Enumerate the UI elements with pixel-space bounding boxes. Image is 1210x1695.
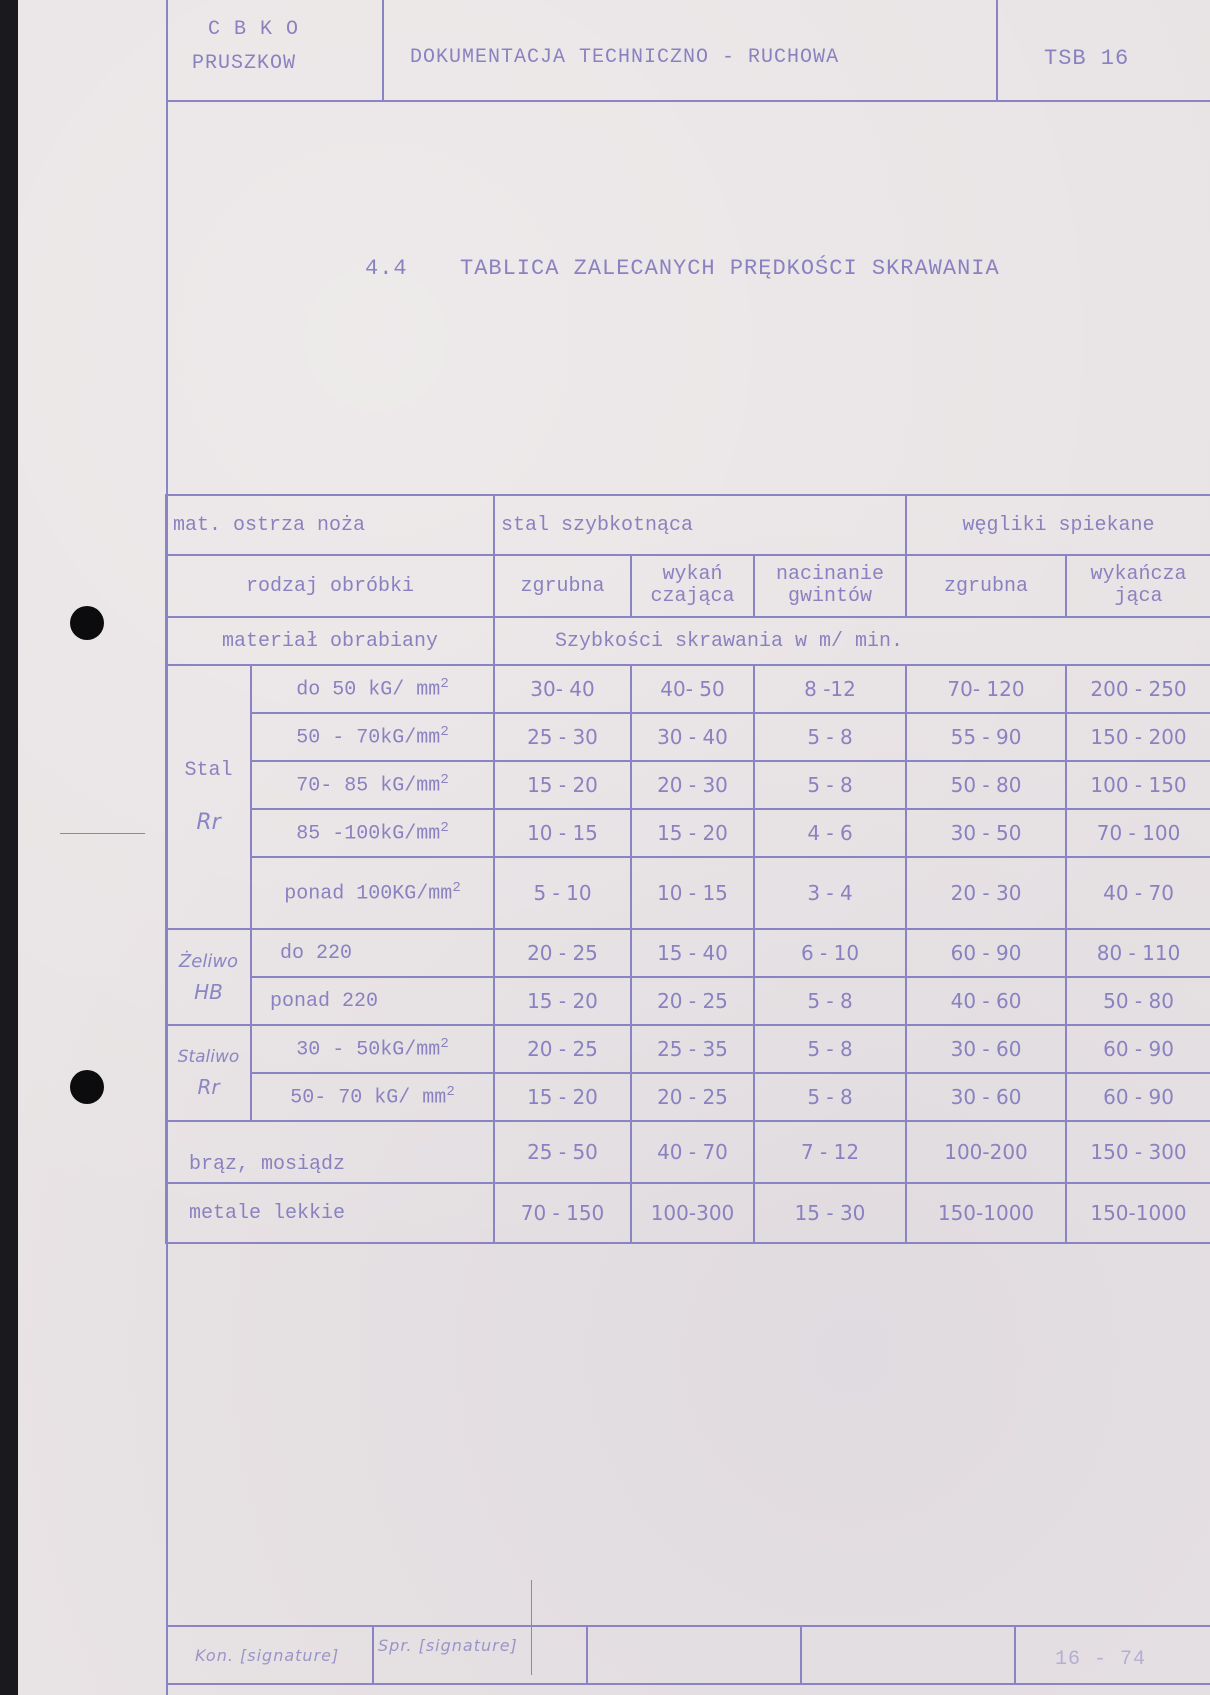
material-cell: ponad 100KG/mm2 [251, 857, 494, 929]
carbide-finish-cell: 60 - 90 [1066, 1073, 1210, 1121]
material-cell: metale lekkie [166, 1183, 494, 1243]
header-divider-2 [996, 0, 998, 100]
hss-finish-cell: 25 - 35 [631, 1025, 754, 1073]
checker-signature: Spr. [signature] [378, 1636, 518, 1655]
hss-rough-cell: 20 - 25 [494, 1025, 631, 1073]
threading-cell: 4 - 6 [754, 809, 906, 857]
threading-cell: 5 - 8 [754, 713, 906, 761]
carbide-rough-cell: 60 - 90 [906, 929, 1066, 977]
carbide-rough-cell: 30 - 50 [906, 809, 1066, 857]
threading-cell: 5 - 8 [754, 1025, 906, 1073]
document-type: DOKUMENTACJA TECHNICZNO - RUCHOWA [410, 46, 839, 69]
carbide-finish-cell: 80 - 110 [1066, 929, 1210, 977]
footer-divider-2 [586, 1625, 588, 1683]
carbide-finish-cell: 50 - 80 [1066, 977, 1210, 1025]
binder-edge [0, 0, 18, 1695]
hss-rough-cell: 10 - 15 [494, 809, 631, 857]
hss-finish-cell: 20 - 25 [631, 977, 754, 1025]
threading-cell: 5 - 8 [754, 1073, 906, 1121]
cutting-speed-table: mat. ostrza noża stal szybkotnąca węglik… [165, 494, 1210, 1244]
header-tool-material: mat. ostrza noża [166, 495, 494, 555]
hss-finish-cell: 10 - 15 [631, 857, 754, 929]
header-group-carbide: węgliki spiekane [906, 495, 1210, 555]
hss-rough-cell: 15 - 20 [494, 977, 631, 1025]
threading-cell: 5 - 8 [754, 761, 906, 809]
hss-finish-cell: 30 - 40 [631, 713, 754, 761]
hss-rough-cell: 30- 40 [494, 665, 631, 713]
group-cast-steel: Staliwo Rr [166, 1025, 251, 1121]
carbide-rough-cell: 55 - 90 [906, 713, 1066, 761]
threading-cell: 15 - 30 [754, 1183, 906, 1243]
carbide-finish-cell: 200 - 250 [1066, 665, 1210, 713]
header-carbide-finish: wykańczająca [1066, 555, 1210, 617]
designer-signature: Kon. [signature] [195, 1646, 339, 1665]
punch-hole-bottom [70, 1070, 104, 1104]
material-cell: do 220 [251, 929, 494, 977]
hss-finish-cell: 15 - 20 [631, 809, 754, 857]
hss-finish-cell: 20 - 30 [631, 761, 754, 809]
hss-rough-cell: 15 - 20 [494, 761, 631, 809]
page-number: 16 - 74 [1055, 1648, 1146, 1671]
material-cell: 50- 70 kG/ mm2 [251, 1073, 494, 1121]
material-cell: do 50 kG/ mm2 [251, 665, 494, 713]
hss-rough-cell: 25 - 30 [494, 713, 631, 761]
punch-hole-top [70, 606, 104, 640]
header-threading: nacinaniegwintów [754, 555, 906, 617]
footer-divider-4 [1014, 1625, 1016, 1683]
hss-finish-cell: 20 - 25 [631, 1073, 754, 1121]
threading-cell: 7 - 12 [754, 1121, 906, 1183]
hss-finish-cell: 40 - 70 [631, 1121, 754, 1183]
carbide-finish-cell: 150 - 200 [1066, 713, 1210, 761]
document-code: TSB 16 [1044, 46, 1129, 71]
carbide-finish-cell: 60 - 90 [1066, 1025, 1210, 1073]
footer-divider-1 [372, 1625, 374, 1683]
carbide-rough-cell: 50 - 80 [906, 761, 1066, 809]
hss-rough-cell: 15 - 20 [494, 1073, 631, 1121]
header-hss-finish: wykańczająca [631, 555, 754, 617]
org-name: C B K O [208, 18, 299, 41]
hss-rough-cell: 20 - 25 [494, 929, 631, 977]
material-cell: ponad 220 [251, 977, 494, 1025]
carbide-finish-cell: 100 - 150 [1066, 761, 1210, 809]
header-group-hss: stal szybkotnąca [494, 495, 906, 555]
carbide-rough-cell: 20 - 30 [906, 857, 1066, 929]
header-bottom-border [166, 100, 1210, 102]
header-divider-1 [382, 0, 384, 100]
threading-cell: 5 - 8 [754, 977, 906, 1025]
material-cell: 70- 85 kG/mm2 [251, 761, 494, 809]
threading-cell: 8 -12 [754, 665, 906, 713]
footer-top-border [166, 1625, 1210, 1627]
carbide-rough-cell: 100-200 [906, 1121, 1066, 1183]
threading-cell: 6 - 10 [754, 929, 906, 977]
footer-bottom-border [166, 1683, 1210, 1685]
header-carbide-rough: zgrubna [906, 555, 1066, 617]
org-city: PRUSZKOW [192, 52, 296, 75]
section-title: TABLICA ZALECANYCH PRĘDKOŚCI SKRAWANIA [460, 256, 1000, 281]
hss-rough-cell: 5 - 10 [494, 857, 631, 929]
section-number: 4.4 [365, 256, 408, 281]
group-steel: Stal Rr [166, 665, 251, 929]
signature-stroke [531, 1580, 532, 1675]
material-cell: 30 - 50kG/mm2 [251, 1025, 494, 1073]
header-workpiece-material: materiał obrabiany [166, 617, 494, 665]
footer-divider-3 [800, 1625, 802, 1683]
margin-tick [60, 833, 145, 834]
carbide-finish-cell: 150-1000 [1066, 1183, 1210, 1243]
hss-rough-cell: 70 - 150 [494, 1183, 631, 1243]
carbide-rough-cell: 40 - 60 [906, 977, 1066, 1025]
carbide-rough-cell: 30 - 60 [906, 1073, 1066, 1121]
header-operation: rodzaj obróbki [166, 555, 494, 617]
material-cell: brąz, mosiądz [166, 1121, 494, 1183]
carbide-finish-cell: 40 - 70 [1066, 857, 1210, 929]
header-hss-rough: zgrubna [494, 555, 631, 617]
material-cell: 85 -100kG/mm2 [251, 809, 494, 857]
material-cell: 50 - 70kG/mm2 [251, 713, 494, 761]
carbide-finish-cell: 70 - 100 [1066, 809, 1210, 857]
threading-cell: 3 - 4 [754, 857, 906, 929]
carbide-rough-cell: 70- 120 [906, 665, 1066, 713]
carbide-finish-cell: 150 - 300 [1066, 1121, 1210, 1183]
speed-caption: Szybkości skrawania w m/ min. [494, 617, 1210, 665]
hss-finish-cell: 40- 50 [631, 665, 754, 713]
carbide-rough-cell: 150-1000 [906, 1183, 1066, 1243]
hss-rough-cell: 25 - 50 [494, 1121, 631, 1183]
carbide-rough-cell: 30 - 60 [906, 1025, 1066, 1073]
hss-finish-cell: 15 - 40 [631, 929, 754, 977]
group-cast-iron: Żeliwo HB [166, 929, 251, 1025]
hss-finish-cell: 100-300 [631, 1183, 754, 1243]
